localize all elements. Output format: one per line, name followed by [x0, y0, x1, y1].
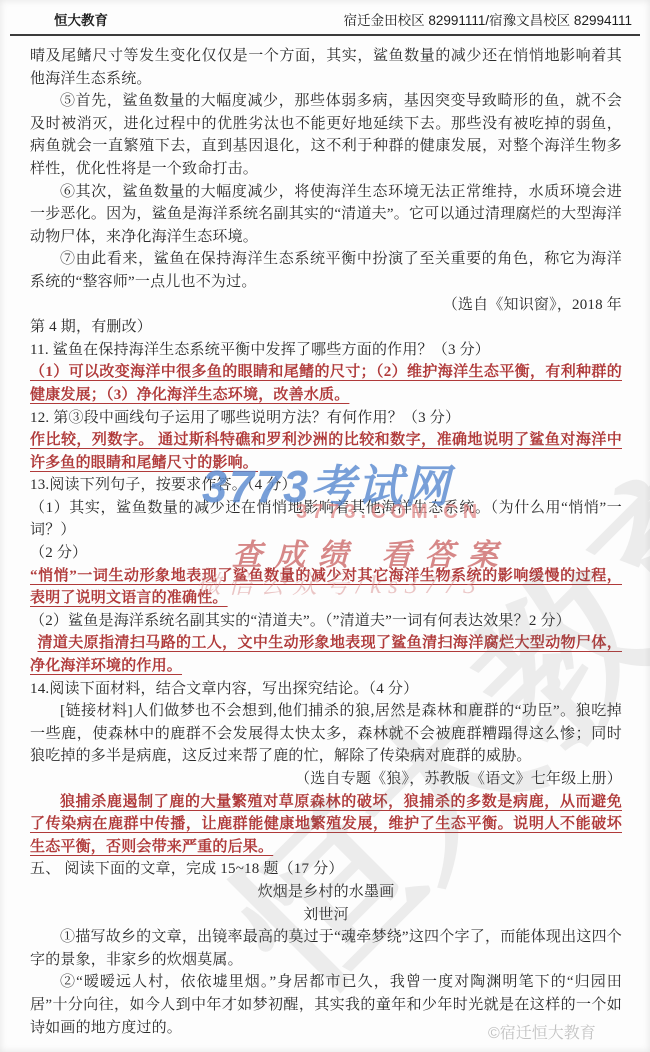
- exam-body: 晴及尾鳍尺寸等发生变化仅仅是一个方面，其实，鲨鱼数量的减少还在悄悄地影响着其他海…: [0, 36, 650, 1039]
- brand-name: 恒大教育: [54, 9, 108, 29]
- answer-13-2: 清道夫原指清扫马路的工人，文中生动形象地表现了鲨鱼清扫海洋腐烂大型动物尸体，净化…: [30, 632, 622, 677]
- source-citation-wolf: （选自专题《狼》，苏教版《语文》七年级上册）: [30, 768, 622, 791]
- essay-author: 刘世河: [30, 904, 622, 927]
- question-14: 14.阅读下面材料，结合文章内容，写出探究结论。（4 分）: [30, 678, 622, 701]
- question-13-2: （2）鲨鱼是海洋系统名副其实的“清道夫”。（”清道夫”一词有何表达效果？2 分）: [30, 610, 622, 633]
- essay-title: 炊烟是乡村的水墨画: [30, 881, 622, 904]
- campus-contact: 宿迁金田校区 82991111/宿豫文昌校区 82994111: [344, 9, 632, 29]
- passage-para-5: ⑤首先，鲨鱼数量的大幅度减少，那些体弱多病，基因突变导致畸形的鱼，就不会及时被消…: [30, 90, 622, 180]
- passage-para-7: ⑦由此看来，鲨鱼在保持海洋生态系统平衡中扮演了至关重要的角色，称它为海洋系统的“…: [30, 248, 622, 293]
- question-13-1: （1）其实，鲨鱼数量的减少还在悄悄地影响着其他海洋生态系统。（为什么用“悄悄”一…: [30, 497, 622, 542]
- linked-material: [链接材料]人们做梦也不会想到,他们捕杀的狼,居然是森林和鹿群的“功臣”。狼吃掉…: [30, 700, 622, 768]
- answer-13-1: “悄悄”一词生动形象地表现了鲨鱼数量的减少对其它海洋生物系统的影响缓慢的过程，表…: [30, 565, 622, 610]
- answer-12: 作比较，列数字。 通过斯科特礁和罗利沙洲的比较和数字，准确地说明了鲨鱼对海洋中许…: [30, 429, 622, 474]
- question-11: 11. 鲨鱼在保持海洋生态系统平衡中发挥了哪些方面的作用？（3 分）: [30, 339, 622, 362]
- question-12: 12. 第③段中画线句子运用了哪些说明方法？有何作用？（3 分）: [30, 407, 622, 430]
- question-13: 13.阅读下列句子，按要求作答。（4 分）: [30, 474, 622, 497]
- source-citation-knowledge-window: （选自《知识窗》，2018 年: [30, 294, 622, 317]
- exam-paper-page: 恒大教育 宿迁金田校区 82991111/宿豫文昌校区 82994111 晴及尾…: [0, 0, 650, 1052]
- essay-para-2: ②“暧暧远人村，依依墟里烟。”身居都市已久，我曾一度对陶渊明笔下的“归园田居”十…: [30, 971, 622, 1039]
- passage-line-continuation: 晴及尾鳍尺寸等发生变化仅仅是一个方面，其实，鲨鱼数量的减少还在悄悄地影响着其他海…: [30, 45, 622, 90]
- source-citation-issue: 第 4 期，有删改）: [30, 316, 622, 339]
- header-bar: 恒大教育 宿迁金田校区 82991111/宿豫文昌校区 82994111: [10, 0, 640, 36]
- question-13-1-score: （2 分）: [30, 542, 622, 565]
- section-5-heading: 五、 阅读下面的文章，完成 15~18 题（17 分）: [30, 858, 622, 881]
- answer-11: （1）可以改变海洋中很多鱼的眼睛和尾鳍的尺寸；（2）维护海洋生态平衡，有利种群的…: [30, 361, 622, 406]
- passage-para-6: ⑥其次，鲨鱼数量的大幅度减少，将使海洋生态环境无法正常维持，水质环境会进一步恶化…: [30, 181, 622, 249]
- answer-14: 狼捕杀鹿遏制了鹿的大量繁殖对草原森林的破坏，狼捕杀的多数是病鹿，从而避免了传染病…: [30, 791, 622, 859]
- essay-para-1: ①描写故乡的文章，出镜率最高的莫过于“魂牵梦绕”这四个字了，而能体现出这四个字的…: [30, 926, 622, 971]
